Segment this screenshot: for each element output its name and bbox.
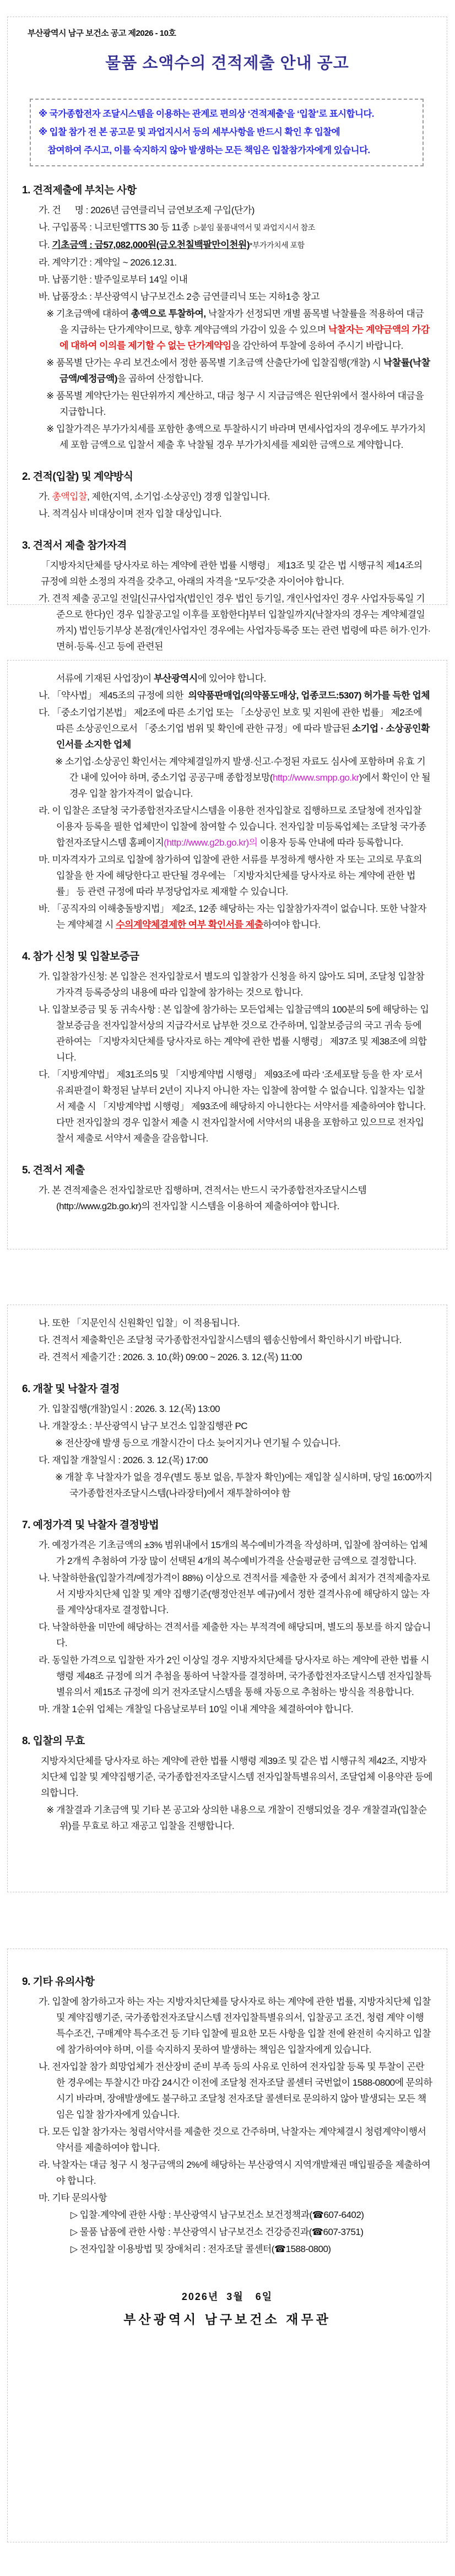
text-run: 총액입찰 bbox=[52, 491, 87, 502]
section-heading: 9. 기타 유의사항 bbox=[22, 1974, 432, 1989]
text-run: 마. 기타 문의사항 bbox=[39, 2193, 107, 2203]
paragraph: 마. 기타 문의사항 bbox=[22, 2190, 432, 2206]
text-run: ※ 기초금액에 대하여 bbox=[46, 309, 131, 319]
text-run: 기초금액 : 금57,082,000원(금오천칠백팔만이천원) bbox=[52, 240, 250, 250]
contact-line: ▷ 입찰·계약에 관한 사항 : 부산광역시 남구보건소 보건정책과(☎607-… bbox=[22, 2207, 432, 2223]
text-run: 서류에 기재된 사업장)이 bbox=[56, 673, 154, 684]
paragraph: 라. 낙찰자는 대금 청구 시 청구금액의 2%에 해당하는 부산광역시 지역개… bbox=[22, 2157, 432, 2189]
text-run: 나. 개찰장소 : 부산광역시 남구 보건소 입찰집행관 PC bbox=[39, 1421, 247, 1431]
paragraph: 「지방자치단체를 당사자로 하는 계약에 관한 법률 시행령」 제13조 및 같… bbox=[22, 558, 432, 589]
paragraph: 라. 계약기간 : 계약일 ~ 2026.12.31. bbox=[22, 255, 432, 270]
text-run: ※ 입찰가격은 부가가치세를 포함한 총액으로 투찰하시기 바라며 면세사업자의… bbox=[46, 424, 426, 450]
paragraph: 마. 개찰 1순위 업체는 개찰일 다음날로부터 10일 이내 계약을 체결하여… bbox=[22, 1701, 432, 1717]
text-run: 부산광역시 bbox=[154, 673, 198, 684]
paragraph: ※ 입찰가격은 부가가치세를 포함한 총액으로 투찰하시기 바라며 면세사업자의… bbox=[22, 421, 432, 453]
url-text: (http://www.g2b.go.kr)의 bbox=[164, 837, 257, 848]
text-run: 다. 낙찰하한율 미만에 해당하는 견적서를 제출한 자는 부적격에 해당되며,… bbox=[39, 1622, 431, 1648]
paragraph: 가. 입찰에 참가하고자 하는 자는 지방자치단체를 당사자로 하는 계약에 관… bbox=[22, 1994, 432, 2058]
text-run: 다. 재입찰 개찰일시 : 2026. 3. 12.(목) 17:00 bbox=[39, 1455, 208, 1465]
section-heading: 8. 입찰의 무효 bbox=[22, 1734, 432, 1749]
text-run: 하여야 합니다. bbox=[263, 919, 321, 930]
text-run: 지방자치단체를 당사자로 하는 계약에 관한 법률 시행령 제39조 및 같은 … bbox=[41, 1756, 435, 1798]
page-4: 9. 기타 유의사항가. 입찰에 참가하고자 하는 자는 지방자치단체를 당사자… bbox=[7, 1949, 447, 2542]
text-run: 에 있어야 합니다. bbox=[198, 673, 266, 684]
text-run: 가. 건 명 : 2026년 금연클리닉 금연보조제 구입(단가) bbox=[39, 205, 254, 215]
text-run: 총액으로 투찰하여, bbox=[131, 309, 206, 319]
text-run: 8. 입찰의 무효 bbox=[22, 1735, 85, 1747]
text-run: 5. 견적서 제출 bbox=[22, 1165, 85, 1176]
text-run: 나. 입찰보증금 및 동 귀속사항 : 본 입찰에 참가하는 모든업체는 입찰금… bbox=[39, 1004, 429, 1063]
paragraph: 바. 납품장소 : 부산광역시 남구보건소 2층 금연클리닉 또는 지하1층 창… bbox=[22, 289, 432, 305]
paragraph: 다. 재입찰 개찰일시 : 2026. 3. 12.(목) 17:00 bbox=[22, 1452, 432, 1468]
text-run: ▷ 입찰·계약에 관한 사항 : 부산광역시 남구보건소 보건정책과(☎607-… bbox=[71, 2210, 364, 2220]
text-run: 라. 계약기간 : 계약일 ~ 2026.12.31. bbox=[39, 257, 177, 268]
text-run: ※ 전산장애 발생 등으로 개찰시간이 다소 늦어지거나 연기될 수 있습니다. bbox=[55, 1438, 340, 1448]
notice-number: 부산광역시 남구 보건소 공고 제2026 - 10호 bbox=[28, 28, 432, 39]
text-run: 바. 납품장소 : 부산광역시 남구보건소 2층 금연클리닉 또는 지하1층 창… bbox=[39, 291, 319, 302]
text-run: 가. 입찰에 참가하고자 하는 자는 지방자치단체를 당사자로 하는 계약에 관… bbox=[39, 1996, 433, 2055]
text-run: 가. 본 견적제출은 전자입찰로만 집행하며, 견적서는 반드시 국가종합전자조… bbox=[39, 1185, 366, 1211]
paragraph: 나. 구입품목 : 니코틴엘TTS 30 등 11종 ▷붙임 물품내역서 및 과… bbox=[22, 219, 432, 236]
paragraph: 가. 예정가격은 기초금액의 ±3% 범위내에서 15개의 복수예비가격을 작성… bbox=[22, 1537, 432, 1569]
paragraph: 다. 낙찰하한율 미만에 해당하는 견적서를 제출한 자는 부적격에 해당되며,… bbox=[22, 1619, 432, 1651]
paragraph: 라. 동일한 가격으로 입찰한 자가 2인 이상일 경우 지방자치단체를 당사자… bbox=[22, 1652, 432, 1700]
page-3: 나. 또한 「지문인식 신원확인 입찰」이 적용됩니다.다. 견적서 제출확인은… bbox=[7, 1305, 447, 1892]
section-heading: 2. 견적(입찰) 및 계약방식 bbox=[22, 469, 432, 484]
text-run: ※ 국가종합전자 조달시스템을 이용하는 관계로 편의상 ‘견적제출’을 ‘입찰… bbox=[39, 109, 374, 155]
paragraph: 다. 기초금액 : 금57,082,000원(금오천칠백팔만이천원)*부가가치세… bbox=[22, 237, 432, 253]
text-run: 다. 「지방계약법」 제31조의5 및 「지방계약법 시행령」 제93조에 따라… bbox=[39, 1069, 428, 1144]
text-run: 2026년 3월 6일 bbox=[182, 2291, 273, 2302]
text-run: 가. 입찰참가신청: 본 입찰은 전자입찰로서 별도의 입찰참가 신청을 하지 … bbox=[39, 971, 424, 998]
text-run: 나. 또한 「지문인식 신원확인 입찰」이 적용됩니다. bbox=[39, 1318, 240, 1328]
text-run: 부산광역시 남구 보건소 공고 제2026 - 10호 bbox=[28, 29, 176, 38]
section-heading: 4. 참가 신청 및 입찰보증금 bbox=[22, 949, 432, 964]
paragraph: ※ 개찰결과 기초금액 및 기타 본 공고와 상의한 내용으로 개찰이 진행되었… bbox=[22, 1802, 432, 1834]
paragraph: 서류에 기재된 사업장)이 부산광역시에 있어야 합니다. bbox=[22, 670, 432, 686]
paragraph: ※ 품목별 계약단가는 원단위까지 계산하고, 대금 청구 시 지급금액은 원단… bbox=[22, 388, 432, 420]
paragraph: 다. 모든 입찰 참가자는 청렴서약서를 제출한 것으로 간주하며, 낙찰자는 … bbox=[22, 2124, 432, 2156]
issuing-authority: 부산광역시 남구보건소 재무관 bbox=[22, 2312, 432, 2328]
paragraph: 가. 총액입찰, 제한(지역, 소기업·소상공인) 경쟁 입찰입니다. bbox=[22, 489, 432, 505]
text-run: 나. 구입품목 : 니코틴엘TTS 30 등 11종 bbox=[39, 222, 194, 232]
text-run: 수의계약체결제한 여부 확인서를 제출 bbox=[116, 919, 263, 930]
paragraph: 나. 「약사법」 제45조의 규정에 의한 의약품판매업(의약품도매상, 업종코… bbox=[22, 688, 432, 703]
text-run: , 제한(지역, 소기업·소상공인) 경쟁 입찰입니다. bbox=[87, 491, 270, 502]
text-run: 7. 예정가격 및 낙찰자 결정방법 bbox=[22, 1519, 159, 1531]
text-run: ※ 품목별 계약단가는 원단위까지 계산하고, 대금 청구 시 지급금액은 원단… bbox=[46, 391, 426, 417]
paragraph: 가. 건 명 : 2026년 금연클리닉 금연보조제 구입(단가) bbox=[22, 202, 432, 218]
page-2: 서류에 기재된 사업장)이 부산광역시에 있어야 합니다.나. 「약사법」 제4… bbox=[7, 660, 447, 1249]
paragraph: 다. 「지방계약법」 제31조의5 및 「지방계약법 시행령」 제93조에 따라… bbox=[22, 1067, 432, 1146]
text-run: 다. bbox=[39, 240, 52, 250]
paragraph: 바. 「공직자의 이해충돌방지법」 제2조, 12종 해당하는 자는 입찰참가자… bbox=[22, 901, 432, 933]
text-run: 라. 동일한 가격으로 입찰한 자가 2인 이상일 경우 지방자치단체를 당사자… bbox=[39, 1655, 431, 1697]
text-run: ※ 개찰결과 기초금액 및 기타 본 공고와 상의한 내용으로 개찰이 진행되었… bbox=[46, 1805, 427, 1831]
text-run: ▷ 물품 납품에 관한 사항 : 부산광역시 남구보건소 건강증진과(☎607-… bbox=[71, 2227, 364, 2237]
text-run: 6. 개찰 및 낙찰자 결정 bbox=[22, 1383, 120, 1395]
paragraph: 가. 본 견적제출은 전자입찰로만 집행하며, 견적서는 반드시 국가종합전자조… bbox=[22, 1182, 432, 1214]
text-run: 나. 「약사법」 제45조의 규정에 의한 bbox=[39, 690, 188, 701]
text-run: 이용자 등록 안내에 따라 등록합니다. bbox=[258, 837, 403, 848]
text-run: 다. 모든 입찰 참가자는 청렴서약서를 제출한 것으로 간주하며, 낙찰자는 … bbox=[39, 2126, 426, 2153]
text-run: ▷붙임 물품내역서 및 과업지시서 참조 bbox=[194, 223, 315, 232]
text-run: 물품 소액수의 견적제출 안내 공고 bbox=[105, 55, 349, 72]
paragraph: 나. 낙찰하한율(입찰가격/예정가격이 88%) 이상으로 견적서를 제출한 자… bbox=[22, 1570, 432, 1618]
paragraph: 나. 또한 「지문인식 신원확인 입찰」이 적용됩니다. bbox=[22, 1315, 432, 1331]
paragraph: 다. 「중소기업기본법」 제2조에 따른 소기업 또는 「소상공인 보호 및 지… bbox=[22, 705, 432, 753]
text-run: 을 감안하여 투찰에 응하여 주시기 바랍니다. bbox=[231, 340, 403, 351]
text-run: 가. 예정가격은 기초금액의 ±3% 범위내에서 15개의 복수예비가격을 작성… bbox=[39, 1540, 427, 1566]
paragraph: ※ 소기업·소상공인 확인서는 계약체결일까지 발생·신고·수정된 자료도 심사… bbox=[22, 754, 432, 802]
text-run: 9. 기타 유의사항 bbox=[22, 1976, 95, 1988]
text-run: 마. 납품기한 : 발주일로부터 14일 이내 bbox=[39, 274, 187, 285]
text-run: 마. 개찰 1순위 업체는 개찰일 다음날로부터 10일 이내 계약을 체결하여… bbox=[39, 1704, 353, 1714]
section-heading: 3. 견적서 제출 참가자격 bbox=[22, 538, 432, 553]
text-run: ▷ 전자입찰 이용방법 및 장애처리 : 전자조달 콜센터(☎1588-0800… bbox=[71, 2244, 331, 2254]
text-run: 「지방자치단체를 당사자로 하는 계약에 관한 법률 시행령」 제13조 및 같… bbox=[41, 560, 425, 587]
paragraph: 가. 견적 제출 공고일 전일[신규사업자(법인인 경우 법인 등기일, 개인사… bbox=[22, 591, 432, 654]
page-title: 물품 소액수의 견적제출 안내 공고 bbox=[22, 53, 432, 73]
text-run: 라. 견적서 제출기간 : 2026. 3. 10.(화) 09:00 ~ 20… bbox=[39, 1352, 302, 1362]
paragraph: ※ 전산장애 발생 등으로 개찰시간이 다소 늦어지거나 연기될 수 있습니다. bbox=[22, 1435, 432, 1451]
text-run: 나. 낙찰하한율(입찰가격/예정가격이 88%) 이상으로 견적서를 제출한 자… bbox=[39, 1573, 430, 1615]
notice-box: ※ 국가종합전자 조달시스템을 이용하는 관계로 편의상 ‘견적제출’을 ‘입찰… bbox=[30, 99, 424, 166]
paragraph: 나. 적격심사 비대상이며 전자 입찰 대상입니다. bbox=[22, 506, 432, 522]
section-heading: 7. 예정가격 및 낙찰자 결정방법 bbox=[22, 1518, 432, 1533]
paragraph: 나. 전자입찰 참가 희망업체가 전산장비 준비 부족 등의 사유로 인하여 전… bbox=[22, 2059, 432, 2123]
paragraph: 나. 입찰보증금 및 동 귀속사항 : 본 입찰에 참가하는 모든업체는 입찰금… bbox=[22, 1002, 432, 1065]
paragraph: 마. 미자격자가 고의로 입찰에 참가하여 입찰에 관한 서류를 부정하게 행사… bbox=[22, 852, 432, 900]
text-run: 1. 견적제출에 부치는 사항 bbox=[22, 185, 137, 196]
text-run: 의약품판매업(의약품도매상, 업종코드:5307) 허가를 득한 업체 bbox=[188, 690, 430, 701]
section-heading: 5. 견적서 제출 bbox=[22, 1163, 432, 1178]
document-root: { "doc": { "title": "물품 소액수의 견적제출 안내 공고"… bbox=[0, 0, 455, 2576]
text-run: ※ 개찰 후 낙찰자가 없을 경우(별도 통보 없음, 투찰자 확인)에는 재입… bbox=[55, 1472, 435, 1498]
paragraph: 다. 견적서 제출확인은 조달청 국가종합전자입찰시스템의 웹송신함에서 확인하… bbox=[22, 1332, 432, 1348]
paragraph: 지방자치단체를 당사자로 하는 계약에 관한 법률 시행령 제39조 및 같은 … bbox=[22, 1753, 432, 1801]
paragraph: 가. 입찰참가신청: 본 입찰은 전자입찰로서 별도의 입찰참가 신청을 하지 … bbox=[22, 968, 432, 1000]
section-heading: 6. 개찰 및 낙찰자 결정 bbox=[22, 1382, 432, 1397]
text-run: *부가가치세 포함 bbox=[250, 241, 305, 250]
announcement-date: 2026년 3월 6일 bbox=[22, 2289, 432, 2305]
text-run: 마. 미자격자가 고의로 입찰에 참가하여 입찰에 관한 서류를 부정하게 행사… bbox=[39, 854, 424, 897]
paragraph: ※ 개찰 후 낙찰자가 없을 경우(별도 통보 없음, 투찰자 확인)에는 재입… bbox=[22, 1469, 432, 1501]
text-run: 4. 참가 신청 및 입찰보증금 bbox=[22, 951, 139, 962]
text-run: 가. 입찰집행(개찰)일시 : 2026. 3. 12.(목) 13:00 bbox=[39, 1404, 220, 1414]
text-run: 3. 견적서 제출 참가자격 bbox=[22, 540, 127, 551]
text-run: 가. bbox=[39, 491, 52, 502]
section-heading: 1. 견적제출에 부치는 사항 bbox=[22, 183, 432, 198]
paragraph: ※ 품목별 단가는 우리 보건소에서 정한 품목별 기초금액 산출단가에 입찰집… bbox=[22, 355, 432, 387]
paragraph: 가. 입찰집행(개찰)일시 : 2026. 3. 12.(목) 13:00 bbox=[22, 1401, 432, 1417]
text-run: ※ 품목별 단가는 우리 보건소에서 정한 품목별 기초금액 산출단가에 입찰집… bbox=[46, 358, 383, 368]
text-run: 나. 전자입찰 참가 희망업체가 전산장비 준비 부족 등의 사유로 인하여 전… bbox=[39, 2061, 432, 2120]
text-run: 가. 견적 제출 공고일 전일[신규사업자(법인인 경우 법인 등기일, 개인사… bbox=[39, 593, 431, 652]
text-run: 라. 낙찰자는 대금 청구 시 청구금액의 2%에 해당하는 부산광역시 지역개… bbox=[39, 2160, 430, 2186]
page-1: 부산광역시 남구 보건소 공고 제2026 - 10호물품 소액수의 견적제출 … bbox=[7, 17, 447, 605]
text-run: 부산광역시 남구보건소 재무관 bbox=[123, 2312, 331, 2326]
url-text: http://www.smpp.go.kr bbox=[273, 772, 359, 783]
paragraph: 라. 이 입찰은 조달청 국가종합전자조달시스템을 이용한 전자입찰로 집행하므… bbox=[22, 803, 432, 851]
text-run: 다. 견적서 제출확인은 조달청 국가종합전자입찰시스템의 웹송신함에서 확인하… bbox=[39, 1335, 402, 1345]
paragraph: 라. 견적서 제출기간 : 2026. 3. 10.(화) 09:00 ~ 20… bbox=[22, 1349, 432, 1365]
contact-line: ▷ 전자입찰 이용방법 및 장애처리 : 전자조달 콜센터(☎1588-0800… bbox=[22, 2241, 432, 2257]
paragraph: ※ 기초금액에 대하여 총액으로 투찰하여, 낙찰자가 선정되면 개별 품목별 … bbox=[22, 306, 432, 354]
text-run: 2. 견적(입찰) 및 계약방식 bbox=[22, 471, 133, 483]
text-run: 나. 적격심사 비대상이며 전자 입찰 대상입니다. bbox=[39, 508, 221, 519]
text-run: 을 곱하여 산정합니다. bbox=[117, 374, 203, 384]
contact-line: ▷ 물품 납품에 관한 사항 : 부산광역시 남구보건소 건강증진과(☎607-… bbox=[22, 2224, 432, 2240]
paragraph: 마. 납품기한 : 발주일로부터 14일 이내 bbox=[22, 272, 432, 288]
paragraph: 나. 개찰장소 : 부산광역시 남구 보건소 입찰집행관 PC bbox=[22, 1418, 432, 1434]
